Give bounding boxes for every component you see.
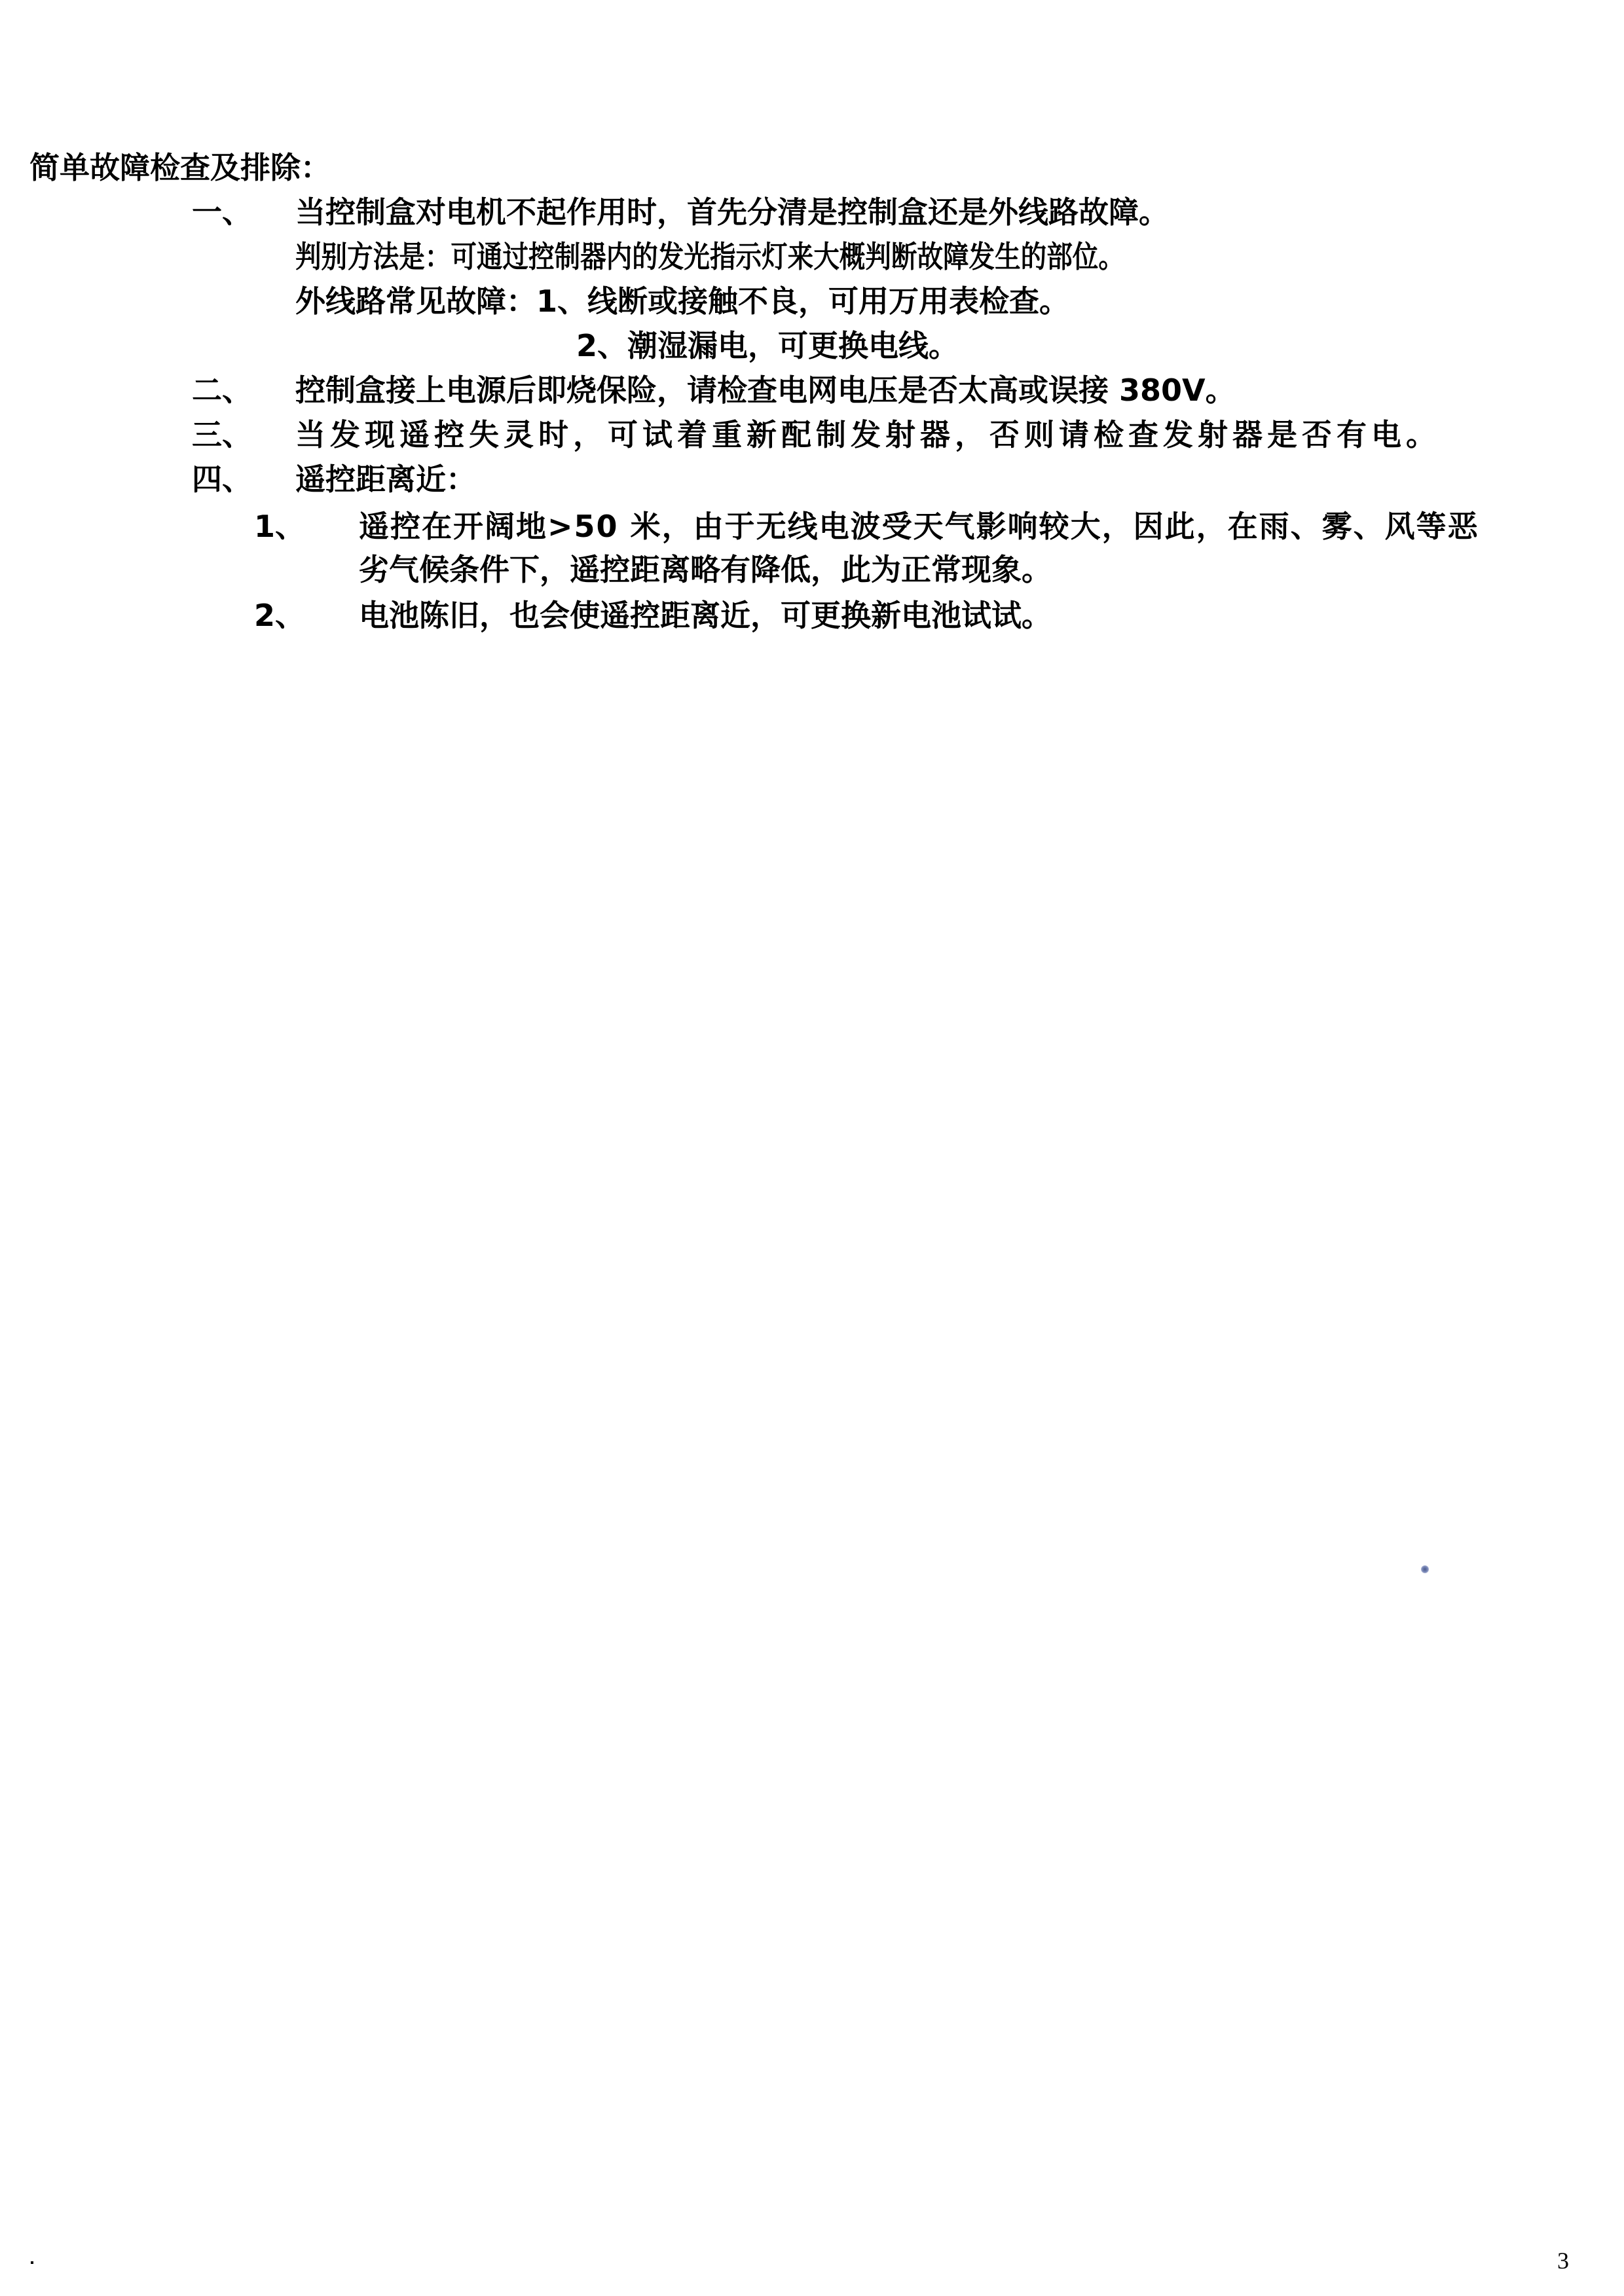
section-marker-1: 一、: [192, 194, 252, 230]
section-1-fault-line-2: 2、潮湿漏电，可更换电线。: [576, 327, 959, 364]
section-1-fault-line-1: 外线路常见故障：1、线断或接触不良，可用万用表检查。: [295, 283, 1069, 319]
subitem-marker-2: 2、: [254, 597, 305, 634]
section-4-heading: 遥控距离近：: [295, 461, 476, 498]
scan-artifact-dot: [1421, 1565, 1429, 1573]
section-marker-4: 四、: [192, 461, 252, 498]
document-title: 简单故障检查及排除：: [29, 149, 331, 186]
subitem-1-line-1: 遥控在开阔地>50 米，由于无线电波受天气影响较大，因此，在雨、雾、风等恶: [359, 508, 1479, 545]
section-1-heading: 当控制盒对电机不起作用时，首先分清是控制盒还是外线路故障。: [295, 194, 1169, 230]
section-marker-2: 二、: [192, 372, 252, 409]
subitem-2-line-1: 电池陈旧，也会使遥控距离近，可更换新电池试试。: [359, 597, 1052, 634]
section-1-method-line: 判别方法是：可通过控制器内的发光指示灯来大概判断故障发生的部位。: [295, 238, 1124, 275]
page-number: 3: [1557, 2247, 1569, 2274]
subitem-1-line-2: 劣气候条件下，遥控距离略有降低，此为正常现象。: [359, 551, 1052, 588]
footer-left-mark: [31, 2261, 33, 2264]
section-2-text: 控制盒接上电源后即烧保险，请检查电网电压是否太高或误接 380V。: [295, 372, 1236, 409]
subitem-marker-1: 1、: [254, 508, 305, 545]
section-3-text: 当发现遥控失灵时，可试着重新配制发射器，否则请检查发射器是否有电。: [295, 416, 1441, 453]
section-marker-3: 三、: [192, 416, 252, 453]
